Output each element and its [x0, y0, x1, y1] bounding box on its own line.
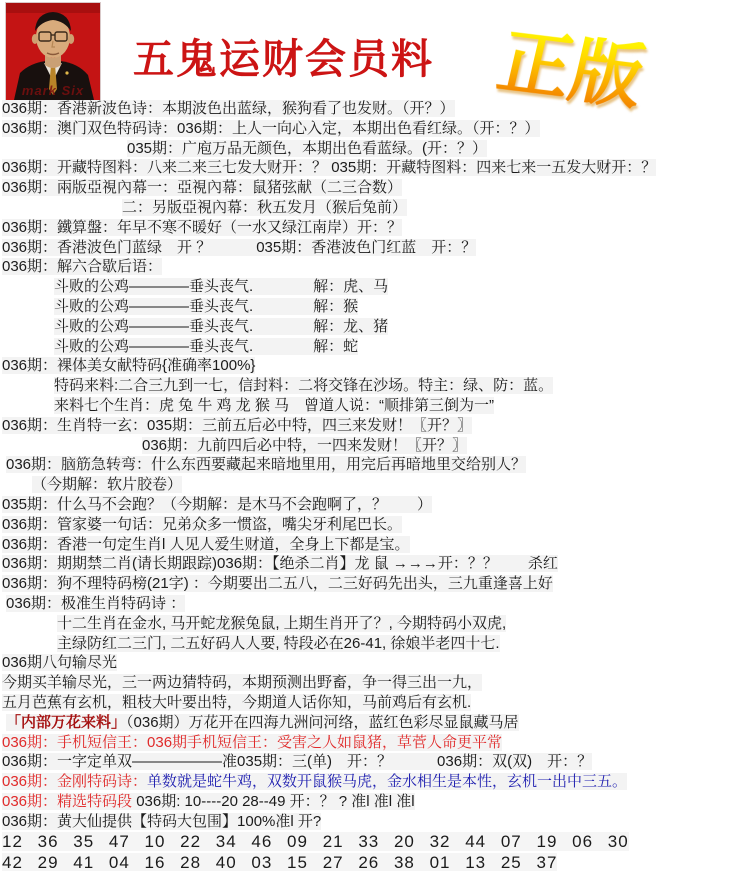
- number-row: 42 29 41 04 16 28 40 03 15 27 26 38 01 1…: [2, 852, 735, 871]
- portrait-photo: mark Six: [5, 2, 101, 101]
- text-segment: 五月芭蕉有玄机，粗枝大叶要出特，今期道人话你知，马前鸡后有玄机.: [2, 694, 471, 711]
- text-line: 036期：极准生肖特码诗 ：: [2, 594, 735, 614]
- text-segment: 斗败的公鸡————垂头丧气. 解：蛇: [54, 338, 358, 355]
- text-segment: 036期：澳门双色特码诗：036期：上人一向心入定，本期出色看红绿。（开：？）: [2, 120, 540, 137]
- page-title: 五鬼运财会员料: [133, 26, 473, 85]
- text-line: 035期：广庖万品无颜色，本期出色看蓝绿。(开：？）: [2, 139, 735, 159]
- text-line: 来料七个生肖：虎 兔 牛 鸡 龙 猴 马 曾道人说：“顺排第三倒为一”: [2, 396, 735, 416]
- text-segment: 036期: 10----20 28--49 开：？ ? 准l 准l 准l: [132, 793, 415, 810]
- text-segment: 036期：脑筋急转弯：什么东西要藏起来暗地里用，用完后再暗地里交给别人？: [6, 456, 526, 473]
- text-line: 「内部万花来料」（036期）万花开在四海九洲问河络，蓝红色彩尽显鼠藏马居: [2, 713, 735, 733]
- text-segment: 斗败的公鸡————垂头丧气. 解：龙、猪: [54, 318, 388, 335]
- content-lines: 036期：香港新波色诗：本期波色出蓝绿，猴狗看了也发财。（开？）036期：澳门双…: [2, 99, 735, 871]
- text-line: 036期：澳门双色特码诗：036期：上人一向心入定，本期出色看红绿。（开：？）: [2, 119, 735, 139]
- text-segment: 斗败的公鸡————垂头丧气. 解：猴: [54, 298, 358, 315]
- text-line: 036期：开藏特图料：八来二来三七发大财开：？ 035期：开藏特图料：四来七来一…: [2, 158, 735, 178]
- text-line: （今期解：软片胶卷）: [2, 475, 735, 495]
- text-segment: 今期买羊输尽光，三一两边猜特码，本期预测出野畜，争一得三出一九，: [2, 674, 482, 691]
- text-line: 斗败的公鸡————垂头丧气. 解：虎、马: [2, 277, 735, 297]
- text-line: 036期：兩版亞視內幕一：亞視內幕：鼠猪弦献（二三合数）: [2, 178, 735, 198]
- page-header: mark Six 五鬼运财会员料 正版: [0, 0, 737, 100]
- text-line: 斗败的公鸡————垂头丧气. 解：蛇: [2, 337, 735, 357]
- text-segment: 036期：管家婆一句话：兄弟众多一惯盗，嘴尖牙利尾巴长。: [2, 516, 402, 533]
- text-segment: 036期：解六合歇后语：: [2, 258, 162, 275]
- text-line: 斗败的公鸡————垂头丧气. 解：猴: [2, 297, 735, 317]
- text-line: 五月芭蕉有玄机，粗枝大叶要出特，今期道人话你知，马前鸡后有玄机.: [2, 693, 735, 713]
- text-segment: 035期：广庖万品无颜色，本期出色看蓝绿。(开：？）: [127, 140, 487, 157]
- text-line: 036期：香港波色门蓝绿 开 ？ 035期：香港波色门红蓝 开：？: [2, 238, 735, 258]
- text-segment: 036期：期期禁二肖(请长期跟踪)036期：【绝杀二肖】龙 鼠 →→→开：？？ …: [2, 555, 558, 572]
- text-line: 036期：黄大仙提供【特码大包围】100%准l 开?: [2, 812, 735, 832]
- page: { "header": { "title": "五鬼运财会员料", "stamp…: [0, 0, 737, 871]
- text-segment: 036期：生肖特一玄：035期：三前五后必中特，四三来发财！〖开？〗: [2, 417, 472, 434]
- text-line: 十二生肖在金水, 马开蛇龙猴兔鼠, 上期生肖开了？, 今期特码小双虎,: [2, 614, 735, 634]
- text-line: 036期：鐵算盤：年早不寒不暖好（一水又绿江南岸）开：？: [2, 218, 735, 238]
- text-segment: 036期：香港一句定生肖l 人见人爱生财道，全身上下都是宝。: [2, 536, 410, 553]
- text-line: 036期：生肖特一玄：035期：三前五后必中特，四三来发财！〖开？〗: [2, 416, 735, 436]
- text-segment: 斗败的公鸡————垂头丧气. 解：虎、马: [54, 278, 388, 295]
- text-segment: 036期：九前四后必中特，一四来发财！〖开？〗: [142, 437, 467, 454]
- text-segment: 036期：手机短信王：036期手机短信王：受害之人如鼠猪，草菅人命更平常: [2, 734, 502, 751]
- text-segment: 单数就是蛇牛鸡，双数开鼠猴马虎，金水相生是本性，玄机一出中三五。: [147, 773, 627, 790]
- text-line: 二：另版亞視內幕：秋五发月（猴后兔前）: [2, 198, 735, 218]
- text-segment: 特码来料:二合三九到一七，信封料：二将交锋在沙场。特主：绿、防：蓝。: [54, 377, 553, 394]
- text-segment: 036期：黄大仙提供【特码大包围】100%准l 开?: [2, 813, 321, 830]
- text-line: 今期买羊输尽光，三一两边猜特码，本期预测出野畜，争一得三出一九，: [2, 673, 735, 693]
- text-segment: 036期：鐵算盤：年早不寒不暖好（一水又绿江南岸）开：？: [2, 219, 402, 236]
- text-segment: 036期：香港新波色诗：本期波色出蓝绿，猴狗看了也发财。（开？）: [2, 100, 455, 117]
- text-line: 036期：裸体美女献特码{准确率100%}: [2, 356, 735, 376]
- text-line: 036期：金刚特码诗：单数就是蛇牛鸡，双数开鼠猴马虎，金水相生是本性，玄机一出中…: [2, 772, 735, 792]
- text-line: 036期：精选特码段 036期: 10----20 28--49 开：？ ? 准…: [2, 792, 735, 812]
- text-line: 036期八句输尽光: [2, 653, 735, 673]
- text-segment: 036期：精选特码段: [2, 793, 132, 810]
- text-line: 036期：九前四后必中特，一四来发财！〖开？〗: [2, 436, 735, 456]
- text-segment: 036期：狗不理特码榜(21字) ：今期要出二五八，二三好码先出头，三九重逢喜上…: [2, 575, 553, 592]
- text-segment: 036期：金刚特码诗：: [2, 773, 147, 790]
- text-line: 036期：狗不理特码榜(21字) ：今期要出二五八，二三好码先出头，三九重逢喜上…: [2, 574, 735, 594]
- text-line: 036期：脑筋急转弯：什么东西要藏起来暗地里用，用完后再暗地里交给别人？: [2, 455, 735, 475]
- text-segment: 十二生肖在金水, 马开蛇龙猴兔鼠, 上期生肖开了？, 今期特码小双虎,: [57, 615, 506, 632]
- text-line: 主绿防红二三门, 二五好码人人要, 特段必在26-41, 徐娘半老四十七.: [2, 634, 735, 654]
- text-line: 036期：手机短信王：036期手机短信王：受害之人如鼠猪，草菅人命更平常: [2, 733, 735, 753]
- text-segment: 036期：香港波色门蓝绿 开 ？ 035期：香港波色门红蓝 开：？: [2, 239, 476, 256]
- text-line: 036期：期期禁二肖(请长期跟踪)036期：【绝杀二肖】龙 鼠 →→→开：？？ …: [2, 554, 735, 574]
- text-segment: 036期八句输尽光: [2, 654, 117, 671]
- text-segment: （036期）万花开在四海九洲问河络，蓝红色彩尽显鼠藏马居: [126, 714, 519, 731]
- text-segment: 42 29 41 04 16 28 40 03 15 27 26 38 01 1…: [2, 853, 557, 871]
- text-segment: 「内部万花来料」: [6, 714, 126, 731]
- text-segment: 主绿防红二三门, 二五好码人人要, 特段必在26-41, 徐娘半老四十七.: [57, 635, 500, 652]
- text-segment: 036期：一字定单双——————准035期：三(单) 开：？ 036期：双(双)…: [2, 753, 592, 770]
- text-segment: 036期：裸体美女献特码{准确率100%}: [2, 357, 255, 374]
- text-line: 036期：香港新波色诗：本期波色出蓝绿，猴狗看了也发财。（开？）: [2, 99, 735, 119]
- text-line: 036期：香港一句定生肖l 人见人爱生财道，全身上下都是宝。: [2, 535, 735, 555]
- text-segment: 来料七个生肖：虎 兔 牛 鸡 龙 猴 马 曾道人说：“顺排第三倒为一”: [54, 397, 494, 414]
- text-line: 特码来料:二合三九到一七，信封料：二将交锋在沙场。特主：绿、防：蓝。: [2, 376, 735, 396]
- text-segment: 二：另版亞視內幕：秋五发月（猴后兔前）: [122, 199, 407, 216]
- text-line: 036期：一字定单双——————准035期：三(单) 开：？ 036期：双(双)…: [2, 752, 735, 772]
- text-line: 035期：什么马不会跑？（今期解：是木马不会跑啊了，？ ）: [2, 495, 735, 515]
- text-segment: 035期：什么马不会跑？（今期解：是木马不会跑啊了，？ ）: [2, 496, 432, 513]
- text-segment: 12 36 35 47 10 22 34 46 09 21 33 20 32 4…: [2, 832, 629, 851]
- text-segment: 036期：极准生肖特码诗 ：: [6, 595, 185, 612]
- photo-caption: mark Six: [6, 83, 100, 98]
- number-row: 12 36 35 47 10 22 34 46 09 21 33 20 32 4…: [2, 831, 735, 852]
- text-line: 斗败的公鸡————垂头丧气. 解：龙、猪: [2, 317, 735, 337]
- text-segment: 036期：开藏特图料：八来二来三七发大财开：？ 035期：开藏特图料：四来七来一…: [2, 159, 656, 176]
- text-line: 036期：管家婆一句话：兄弟众多一惯盗，嘴尖牙利尾巴长。: [2, 515, 735, 535]
- text-line: 036期：解六合歇后语：: [2, 257, 735, 277]
- text-segment: 036期：兩版亞視內幕一：亞視內幕：鼠猪弦献（二三合数）: [2, 179, 402, 196]
- text-segment: （今期解：软片胶卷）: [32, 476, 182, 493]
